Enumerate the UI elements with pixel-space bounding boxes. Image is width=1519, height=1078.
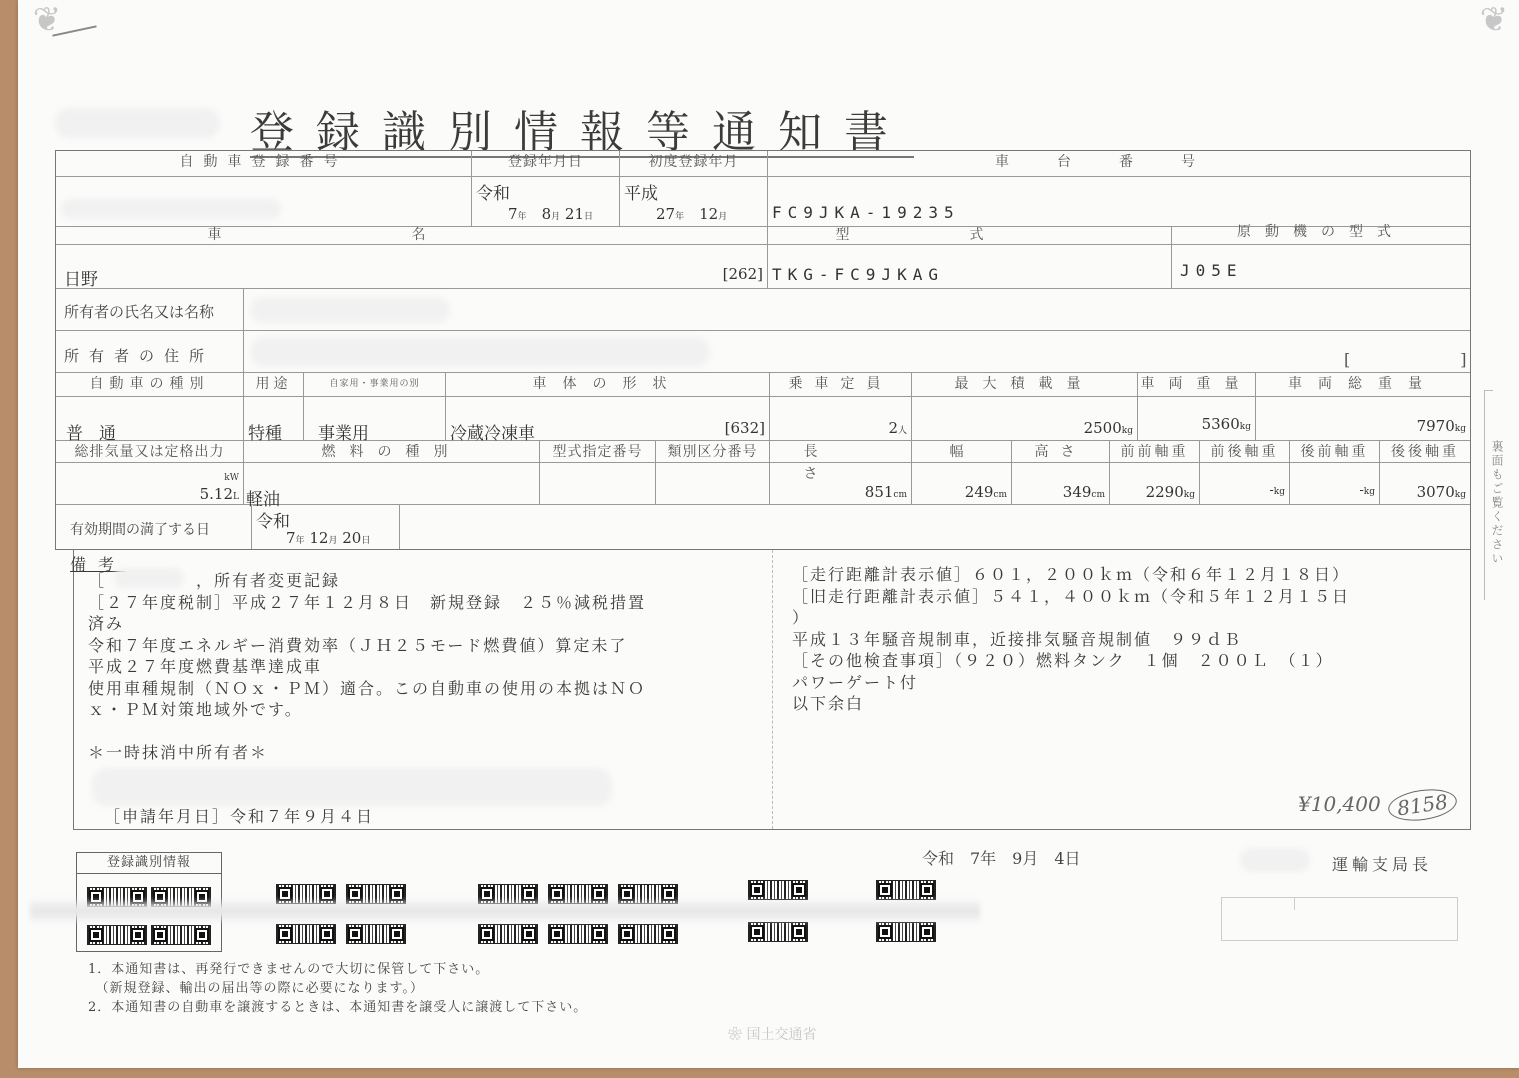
header-vehicle-name: 車名 [56,227,768,245]
registration-id-title: 登録識別情報 [77,853,221,874]
capacity-cell: 2人 [770,397,912,441]
registration-date-era: 令和 [476,179,510,204]
qr-code-icon [151,925,211,945]
redacted-region [92,768,612,806]
width-cell: 249cm [912,463,1012,505]
kw-unit: kW [224,473,239,483]
height-cell: 349cm [1012,463,1110,505]
corner-ornament-icon: ❦ [1469,0,1519,120]
header-registration-number: 自動車登録番号 [56,151,472,177]
ministry-name: 国土交通省 [746,1027,816,1043]
redacted-region [250,297,450,323]
header-fr-axle: 前後軸重 [1200,441,1290,463]
rf-axle-cell: -kg [1290,463,1380,505]
header-vehicle-type: 自動車の種別 [56,373,244,397]
rr-axle-value: 3070kg [1417,483,1466,501]
chassis-number-cell: FC9JKA-19235 [768,177,1470,227]
fr-axle-cell: -kg [1200,463,1290,505]
application-date: ［申請年月日］令和７年９月４日 [104,806,374,828]
rr-axle-cell: 3070kg [1380,463,1470,505]
width-value: 249cm [965,483,1007,501]
registration-date-cell: 令和 7年 8月 21日 [472,177,620,227]
header-height: 高さ [1012,441,1110,463]
qr-code-icon [876,922,936,942]
header-category-no: 類別区分番号 [656,441,770,463]
header-gross-weight: 車両総重量 [1256,373,1470,397]
issue-date: 令和 7年 9月 4日 [922,846,1081,869]
vehicle-weight-cell: 5360kg [1138,397,1256,441]
expiry-cell: 令和 7年 12月 20日 [252,505,400,549]
header-chassis-number: 車台番号 [768,151,1470,177]
purpose-cell: 特種 [244,397,304,441]
redacted-region [61,199,281,219]
qr-code-icon [87,925,147,945]
ministry-logo: ❀ 国土交通省 [728,1024,816,1044]
handwritten-fee: ¥10,400 [1298,792,1381,816]
header-displacement: 総排気量又は定格出力 [56,441,244,463]
header-registration-date: 登録年月日 [472,151,620,177]
redacted-bracket: [] [1344,350,1467,369]
owner-address-label: 所有者の住所 [64,345,214,366]
owner-name-cell [244,289,1470,331]
registration-date-value: 7年 8月 21日 [508,203,593,224]
remarks-left-column: ［ ，所有者変更記録 ［２７年度税制］平成２７年１２月８日 新規登録 ２５％減税… [88,570,646,764]
qr-code-icon [478,924,538,944]
owner-name-label-cell: 所有者の氏名又は名称 [56,289,244,331]
corner-ornament-icon: ❦ [22,0,72,120]
gross-weight-cell: 7970kg [1256,397,1470,441]
notes: 1．本通知書は、再発行できませんので大切に保管して下さい。 （新規登録、輸出の届… [88,960,587,1017]
vehicle-weight-value: 5360kg [1202,415,1251,433]
qr-code-icon [748,880,808,900]
max-load-cell: 2500kg [912,397,1138,441]
header-max-load: 最大積載量 [912,373,1138,397]
owner-address-label-cell: 所有者の住所 [56,331,244,373]
vehicle-name-code: [262] [723,265,763,283]
body-shape-code: [632] [725,419,765,437]
header-engine-model: 原動機の型式 [1172,221,1470,245]
ff-axle-cell: 2290kg [1110,463,1200,505]
fuel-type-cell: 軽油 [244,463,540,505]
vehicle-type-cell: 普通 [56,397,244,441]
height-value: 349cm [1063,483,1105,501]
handwritten-number: 8158 [1386,785,1458,824]
body-shape-cell: 冷蔵冷凍車 [632] [446,397,770,441]
header-length: 長さ [770,441,912,463]
chassis-number-value: FC9JKA-19235 [772,203,960,222]
first-registration-value: 27年 12月 [656,203,727,224]
qr-code-icon [876,880,936,900]
header-ff-axle: 前前軸重 [1110,441,1200,463]
header-vehicle-weight: 車両重量 [1138,373,1256,397]
first-registration-era: 平成 [624,179,658,204]
side-note: 裏面もご覧ください [1488,440,1506,566]
header-capacity: 乗車定員 [770,373,912,397]
model-cell: TKG-FC9JKAG [768,245,1172,289]
first-registration-cell: 平成 27年 12月 [620,177,768,227]
header-width: 幅 [912,441,1012,463]
registration-number-cell [56,177,472,227]
header-rf-axle: 後前軸重 [1290,441,1380,463]
length-value: 851cm [865,483,907,501]
private-business-cell: 事業用 [304,397,446,441]
owner-address-cell [244,331,1470,373]
redacted-region [114,568,184,588]
qr-code-icon [276,924,336,944]
displacement-value: 5.12L [200,485,239,503]
issuer: 運輸支局長 [1332,852,1432,875]
redacted-region [1240,848,1310,872]
rf-axle-value: -kg [1359,483,1375,498]
displacement-cell: kW 5.12L [56,463,244,505]
remarks-section: 備考 ［ ，所有者変更記録 ［２７年度税制］平成２７年１２月８日 新規登録 ２５… [73,550,1471,830]
header-first-registration: 初度登録年月 [620,151,768,177]
header-rr-axle: 後後軸重 [1380,441,1470,463]
header-body-shape: 車体の形状 [446,373,770,397]
length-cell: 851cm [770,463,912,505]
max-load-value: 2500kg [1084,419,1133,437]
header-private-business: 自家用・事業用の別 [304,373,446,397]
model-value: TKG-FC9JKAG [772,265,944,284]
header-purpose: 用途 [244,373,304,397]
header-model: 型式 [768,227,1172,245]
redacted-region [250,337,710,367]
engine-model-cell: J05E [1172,245,1470,289]
vehicle-name-cell: 日野 [262] [56,245,768,289]
qr-code-icon [748,922,808,942]
qr-code-icon [346,924,406,944]
side-line [1484,390,1485,600]
header-type-designation-no: 型式指定番号 [540,441,656,463]
category-no-cell [656,463,770,505]
stamp-box [1221,897,1458,941]
remarks-right-column: ［走行距離計表示値］６０１，２００ｋｍ（令和６年１２月１８日） ［旧走行距離計表… [792,564,1350,715]
expiry-era: 令和 [256,507,290,532]
qr-code-icon [618,924,678,944]
engine-model-value: J05E [1180,261,1243,280]
expiry-label-cell: 有効期間の満了する日 [56,505,252,549]
expiry-label: 有効期間の満了する日 [70,519,210,539]
fr-axle-value: -kg [1269,483,1285,498]
redacted-region [55,108,220,138]
vehicle-name-value: 日野 [64,265,98,290]
gross-weight-value: 7970kg [1417,417,1466,435]
owner-name-label: 所有者の氏名又は名称 [64,301,214,322]
header-fuel-type: 燃料の種別 [244,441,540,463]
redacted-band [30,898,980,924]
qr-code-icon [548,924,608,944]
capacity-value: 2人 [888,419,907,437]
remarks-divider [772,550,773,829]
type-designation-no-cell [540,463,656,505]
ff-axle-value: 2290kg [1146,483,1195,501]
expiry-value: 7年 12月 20日 [286,529,370,547]
vehicle-info-table: 自動車登録番号 登録年月日 初度登録年月 車台番号 令和 7年 8月 21日 平… [55,150,1471,550]
